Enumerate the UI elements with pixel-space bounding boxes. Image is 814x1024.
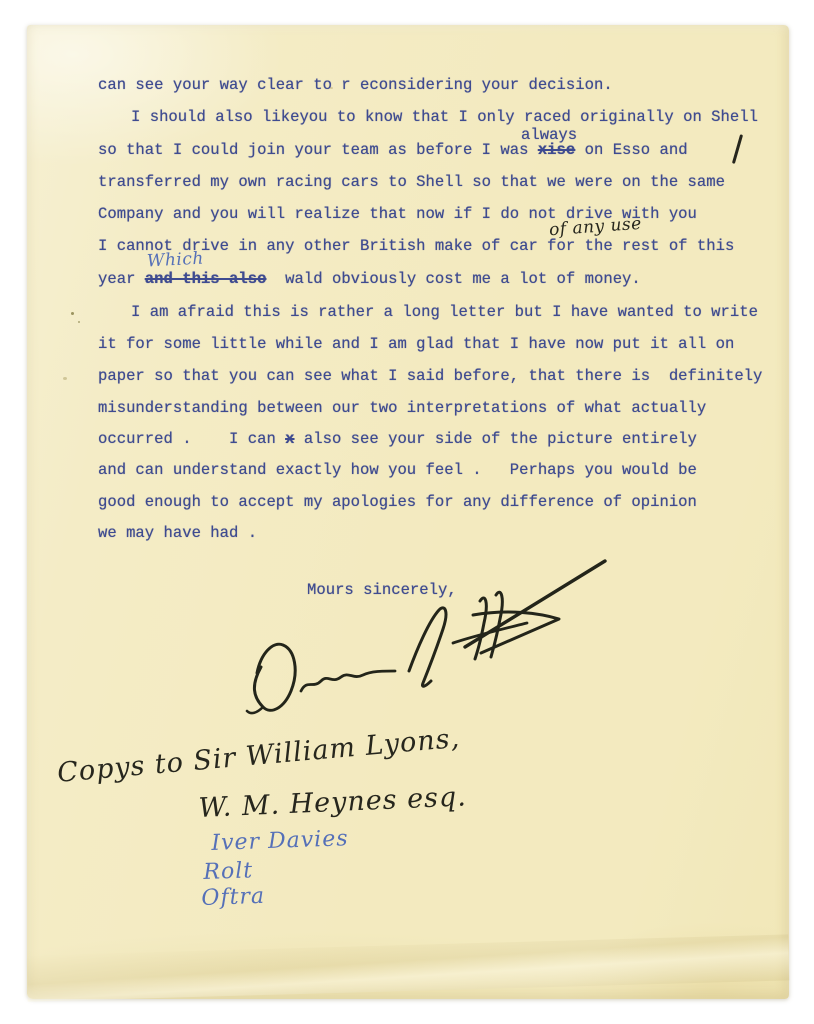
typed-line: paper so that you can see what I said be… xyxy=(98,366,762,386)
blue-ink-name: Oftra xyxy=(201,884,265,911)
typed-line-text: wald obviously cost me a lot of money. xyxy=(266,270,640,288)
blue-ink-name: Rolt xyxy=(203,858,254,885)
typed-line: it for some little while and I am glad t… xyxy=(98,334,734,354)
typed-line: transferred my own racing cars to Shell … xyxy=(98,172,725,192)
typed-line: so that I could join your team as before… xyxy=(98,140,688,160)
typed-line: I should also likeyou to know that I onl… xyxy=(131,107,758,127)
typed-line: I am afraid this is rather a long letter… xyxy=(131,302,758,322)
typed-line: occurred . I can x also see your side of… xyxy=(98,429,697,449)
struck-phrase: and this also xyxy=(145,270,267,288)
struck-letter: x xyxy=(285,430,294,448)
typed-line-text: year xyxy=(98,270,145,288)
typed-line: we may have had . xyxy=(98,523,257,543)
typed-line-text: also see your side of the picture entire… xyxy=(295,430,697,448)
typed-line-text: occurred . I can xyxy=(98,430,285,448)
typed-line: and can understand exactly how you feel … xyxy=(98,460,697,480)
typed-line-text: on Esso and xyxy=(575,141,687,159)
typed-line-text: so that I could join your team as before… xyxy=(98,141,538,159)
blue-ink-name: Iver Davies xyxy=(211,826,349,856)
typed-line: good enough to accept my apologies for a… xyxy=(98,492,697,512)
stain-speck xyxy=(71,312,74,315)
typed-line: can see your way clear to r econsidering… xyxy=(98,75,613,95)
scan-background: { "document": { "kind": "typewritten-let… xyxy=(0,0,814,1024)
typed-line: misunderstanding between our two interpr… xyxy=(98,398,706,418)
stain-speck xyxy=(78,321,80,323)
typed-line: year and this also wald obviously cost m… xyxy=(98,269,641,289)
stain-speck xyxy=(63,377,67,380)
signature-scrawl xyxy=(237,549,632,721)
struck-word: xise xyxy=(538,141,575,159)
